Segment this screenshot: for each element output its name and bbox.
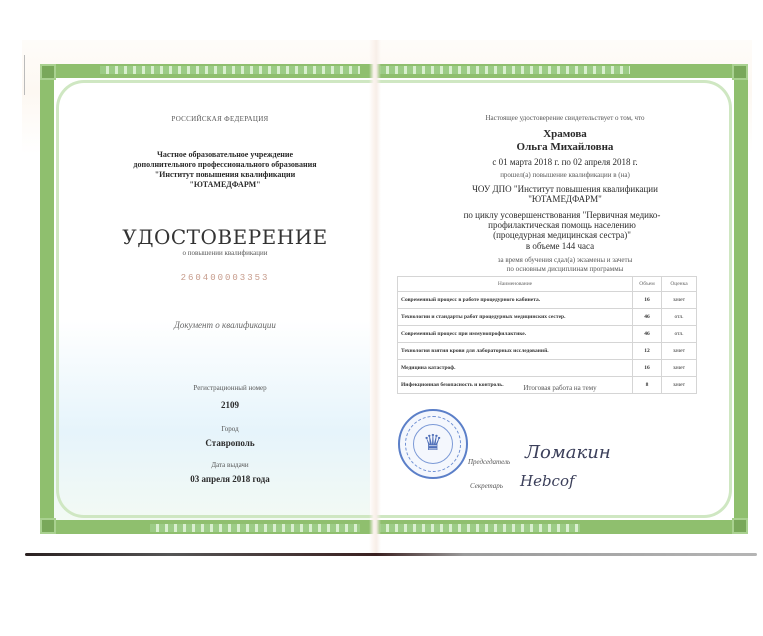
document-title: УДОСТОВЕРЕНИЕ bbox=[100, 225, 350, 249]
table-row: Технология взятия крови для лабораторных… bbox=[398, 343, 697, 360]
city-value: Ставрополь bbox=[130, 438, 330, 448]
table-header-row: Наименование Объем Оценка bbox=[398, 277, 697, 292]
exams-text: за время обучения сдал(а) экзамены и зач… bbox=[430, 256, 700, 274]
chair-signature: Ломакин bbox=[525, 442, 611, 463]
subjects-table: Наименование Объем Оценка Современный пр… bbox=[397, 276, 697, 394]
header-grade: Оценка bbox=[662, 277, 697, 292]
corner-ornament bbox=[732, 64, 748, 80]
holder-surname: Храмова bbox=[440, 128, 690, 140]
ornament-frame bbox=[56, 80, 372, 518]
document-type: Документ о квалификации bbox=[110, 320, 340, 330]
table-row: Современный процесс при иммунопрофилакти… bbox=[398, 326, 697, 343]
chair-label: Председатель bbox=[468, 458, 528, 466]
ornament-band-bottom bbox=[380, 524, 580, 532]
table-row: Современный процесс в работе процедурног… bbox=[398, 292, 697, 309]
country-label: РОССИЙСКАЯ ФЕДЕРАЦИЯ bbox=[110, 115, 330, 123]
registration-number: 2109 bbox=[130, 400, 330, 410]
institution-short: ЧОУ ДПО "Институт повышения квалификации… bbox=[420, 184, 710, 204]
program-name: по циклу усовершенствования "Первичная м… bbox=[412, 210, 712, 240]
final-work-label: Итоговая работа на тему bbox=[450, 384, 670, 392]
issue-date-label: Дата выдачи bbox=[130, 461, 330, 469]
table-row: Технологии и стандарты работ процедурных… bbox=[398, 309, 697, 326]
book-spine bbox=[369, 40, 381, 555]
document-subtitle: о повышении квалификации bbox=[110, 249, 340, 257]
corner-ornament bbox=[40, 64, 56, 80]
institution-name: Частное образовательное учреждение допол… bbox=[90, 150, 360, 190]
volume-hours: в объеме 144 часа bbox=[460, 241, 660, 251]
corner-ornament bbox=[40, 518, 56, 534]
ornament-band-top bbox=[100, 66, 360, 74]
secretary-signature: Hebcof bbox=[520, 472, 575, 490]
ornament-band-bottom bbox=[150, 524, 360, 532]
serial-number: 260400003353 bbox=[120, 273, 330, 283]
city-label: Город bbox=[130, 425, 330, 433]
scan-edge bbox=[24, 55, 25, 95]
corner-ornament bbox=[732, 518, 748, 534]
holder-given-names: Ольга Михайловна bbox=[440, 141, 690, 153]
book-bottom-edge bbox=[25, 553, 757, 556]
ornament-band-top bbox=[380, 66, 630, 74]
issue-date: 03 апреля 2018 года bbox=[130, 474, 330, 484]
table-row: Медицина катастроф. 16 зачет bbox=[398, 360, 697, 377]
study-period: с 01 марта 2018 г. по 02 апреля 2018 г. bbox=[430, 157, 700, 167]
header-name: Наименование bbox=[398, 277, 633, 292]
header-hours: Объем bbox=[633, 277, 662, 292]
intro-text: Настоящее удостоверение свидетельствует … bbox=[420, 114, 710, 122]
coat-of-arms-icon: ♛ bbox=[423, 430, 443, 456]
passed-text: прошел(а) повышение квалификации в (на) bbox=[430, 171, 700, 179]
registration-label: Регистрационный номер bbox=[130, 384, 330, 392]
